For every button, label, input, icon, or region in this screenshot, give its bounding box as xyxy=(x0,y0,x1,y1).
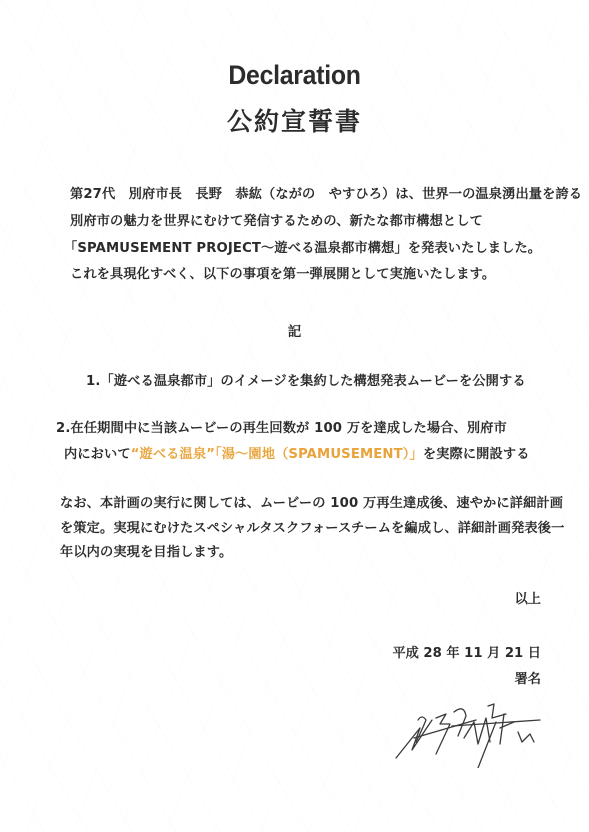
intro-line: これを具現化すべく、以下の事項を第一弾展開として実施いたします。 xyxy=(70,263,495,282)
ki-heading: 記 xyxy=(0,320,589,340)
title-japanese: 公約宣誓書 xyxy=(0,102,589,138)
title-english: Declaration xyxy=(24,60,566,91)
item-1: 1.「遊べる温泉都市」のイメージを集約した構想発表ムービーを公開する xyxy=(86,370,526,389)
note-line: なお、本計画の実行に関しては、ムービーの 100 万再生達成後、速やかに詳細計画 xyxy=(60,492,563,511)
date: 平成 28 年 11 月 21 日 xyxy=(392,642,541,661)
item-2-prefix: 内において xyxy=(64,447,131,462)
signature-label: 署名 xyxy=(515,668,541,687)
item-2-highlight: “遊べる温泉”「湯～園地（SPAMUSEMENT）」 xyxy=(131,447,423,462)
intro-line: 第27代 別府市長 長野 恭紘（ながの やすひろ）は、世界一の温泉湧出量を誇る xyxy=(70,183,582,202)
note-line: 年以内の実現を目指します。 xyxy=(60,541,232,560)
intro-line: 「SPAMUSEMENT PROJECT～遊べる温泉都市構想」を発表いたしました… xyxy=(64,237,541,256)
note-line: を策定。実現にむけたスペシャルタスクフォースチームを編成し、詳細計画発表後一 xyxy=(60,517,564,536)
intro-line: 別府市の魅力を世界にむけて発信するための、新たな都市構想として xyxy=(70,210,483,229)
item-2-suffix: を実際に開設する xyxy=(423,447,530,462)
item-2-line-1: 2.在任期間中に当該ムービーの再生回数が 100 万を達成した場合、別府市 xyxy=(56,417,507,436)
ijo-closing: 以上 xyxy=(515,588,541,607)
item-2-line-2: 内において“遊べる温泉”「湯～園地（SPAMUSEMENT）」を実際に開設する xyxy=(64,443,530,462)
handwritten-signature xyxy=(392,698,552,768)
